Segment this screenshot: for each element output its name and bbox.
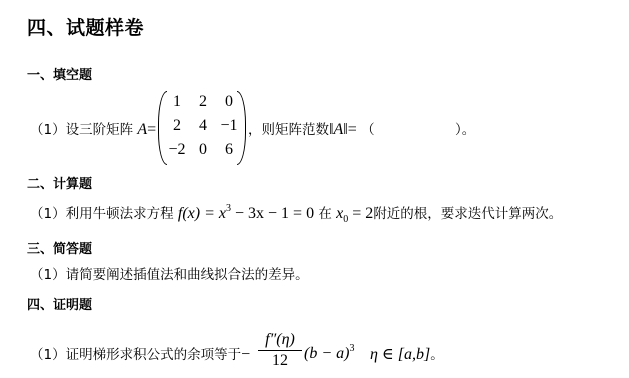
matrix-cell: 2 <box>190 93 216 111</box>
question-text: ，则矩阵范数 <box>248 122 329 138</box>
factor-exponent: 3 <box>349 343 354 354</box>
section-heading-calculation: 二、计算题 <box>27 173 92 192</box>
fraction-numerator: f″(η) <box>258 331 302 349</box>
matrix-a: 1 2 0 2 4 −1 −2 0 6 <box>158 91 246 163</box>
section-heading-proof: 四、证明题 <box>27 294 92 313</box>
matrix-variable: A <box>137 121 147 138</box>
fraction-bar <box>258 350 302 351</box>
matrix-cell: 6 <box>216 141 242 159</box>
matrix-norm: ‖A‖ <box>329 121 348 138</box>
matrix-cell: 1 <box>164 93 190 111</box>
eta-domain: η ∈ [a,b]。 <box>370 343 444 364</box>
equation-rest: − 3x − 1 = 0 <box>231 205 314 222</box>
blank-open: （ <box>361 122 375 138</box>
minus-sign: − <box>241 346 250 363</box>
question-text: 设三阶矩阵 <box>66 122 134 138</box>
question-fill-in-1-cont: ，则矩阵范数‖A‖= （ <box>248 118 375 139</box>
page-title: 四、试题样卷 <box>27 13 144 40</box>
question-text: 在 <box>318 206 332 222</box>
question-fill-in-1: （1）设三阶矩阵 A= <box>30 118 156 139</box>
equation: f(x) = x <box>178 205 226 222</box>
domain: η ∈ [a,b] <box>370 346 430 363</box>
question-text: 证明梯形求积公式的余项等于 <box>66 347 242 363</box>
question-number: （1） <box>30 347 66 363</box>
question-short-answer-1: （1）请简要阐述插值法和曲线拟合法的差异。 <box>30 263 309 283</box>
section-heading-fill-in: 一、填空题 <box>27 64 92 83</box>
matrix-cell: 0 <box>216 93 242 111</box>
matrix-cell: −1 <box>216 117 242 135</box>
answer-blank-close: ）。 <box>455 118 475 138</box>
matrix-cell: 2 <box>164 117 190 135</box>
question-proof-1: （1）证明梯形求积公式的余项等于− <box>30 343 250 364</box>
sentence-end: 。 <box>430 347 444 363</box>
factor: (b − a) <box>304 345 349 362</box>
equals-sign: = <box>348 121 357 138</box>
question-number: （1） <box>30 206 66 222</box>
initial-value: = 2 <box>348 205 373 222</box>
question-text: 请简要阐述插值法和曲线拟合法的差异。 <box>66 267 309 283</box>
matrix-cell: 0 <box>190 141 216 159</box>
remainder-factor: (b − a)3 <box>304 343 354 363</box>
section-heading-short-answer: 三、简答题 <box>27 238 92 257</box>
matrix-cell: −2 <box>164 141 190 159</box>
equals-sign: = <box>147 121 156 138</box>
matrix-cell: 4 <box>190 117 216 135</box>
question-number: （1） <box>30 267 66 283</box>
question-calculation-1: （1）利用牛顿法求方程 f(x) = x3 − 3x − 1 = 0 在 x0 … <box>30 202 562 225</box>
question-text: 附近的根，要求迭代计算两次。 <box>373 206 562 222</box>
question-number: （1） <box>30 122 66 138</box>
fraction-denominator: 12 <box>258 352 302 370</box>
question-text: 利用牛顿法求方程 <box>66 206 174 222</box>
remainder-fraction: f″(η) 12 <box>258 331 302 370</box>
